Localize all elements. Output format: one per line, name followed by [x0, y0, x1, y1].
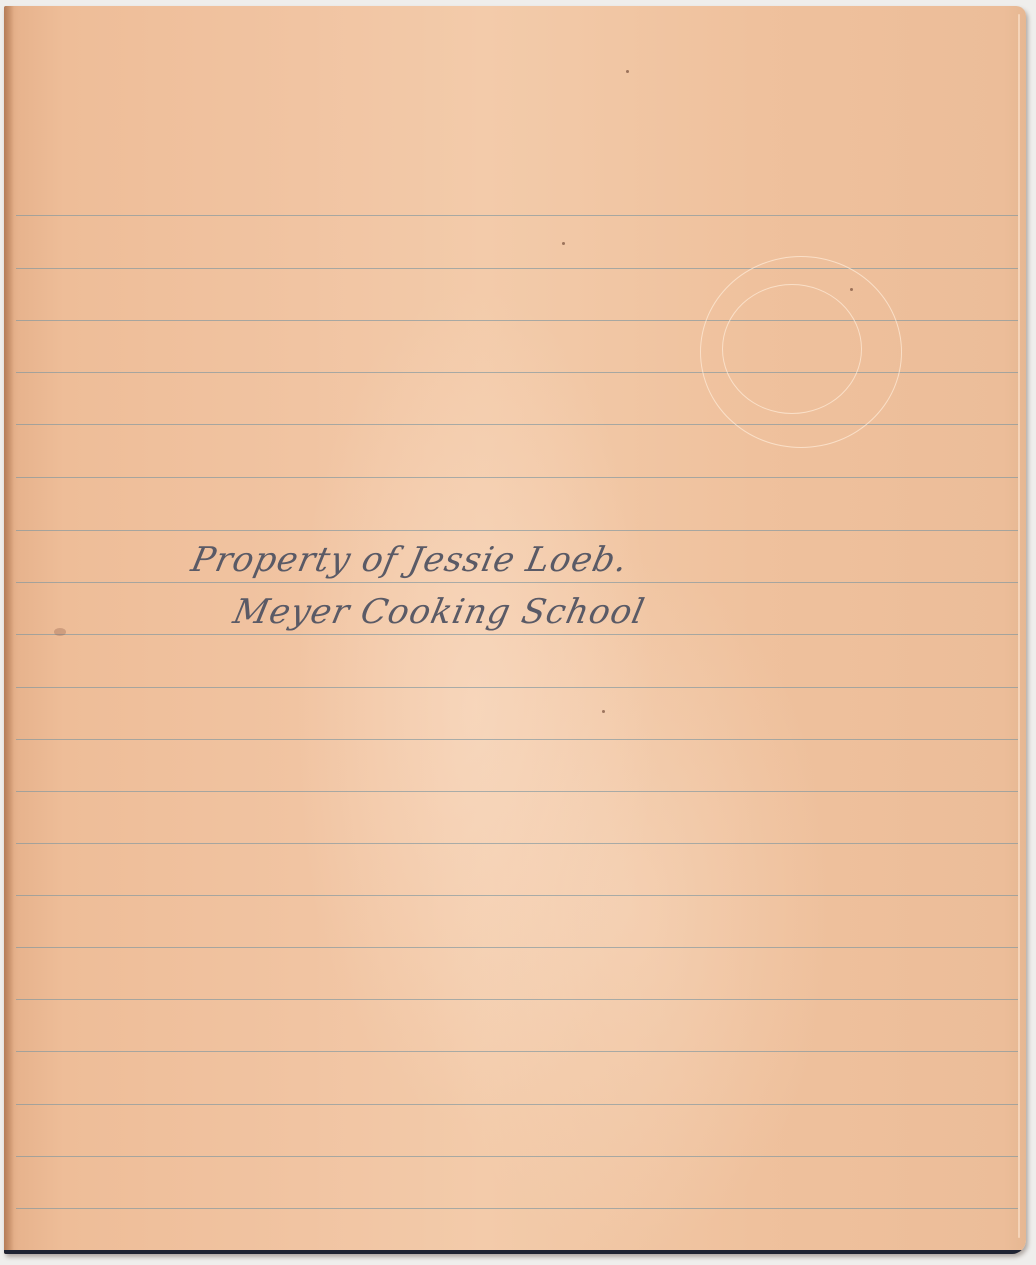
- scanned-image: Property of Jessie Loeb. Meyer Cooking S…: [0, 0, 1036, 1265]
- notebook-page: Property of Jessie Loeb. Meyer Cooking S…: [4, 6, 1026, 1254]
- embossed-seal-inner: [722, 284, 862, 414]
- ruled-line: [16, 895, 1018, 896]
- ruled-line: [16, 582, 1018, 583]
- ruled-line: [16, 477, 1018, 478]
- paper-speck: [54, 628, 66, 636]
- paper-speck: [850, 288, 853, 291]
- spine-shadow: [4, 6, 14, 1254]
- ruled-line: [16, 999, 1018, 1000]
- paper-speck: [602, 710, 605, 713]
- ruled-line: [16, 1051, 1018, 1052]
- ruled-line: [16, 215, 1018, 216]
- ruled-line: [16, 687, 1018, 688]
- page-bottom-edge: [4, 1250, 1026, 1254]
- ruled-line: [16, 634, 1018, 635]
- ruled-line: [16, 1208, 1018, 1209]
- ruled-line: [16, 739, 1018, 740]
- ruled-line: [16, 268, 1018, 269]
- ruled-line: [16, 1104, 1018, 1105]
- ruled-line: [16, 424, 1018, 425]
- ruled-line: [16, 791, 1018, 792]
- ruled-line: [16, 1156, 1018, 1157]
- paper-speck: [562, 242, 565, 245]
- ruled-line: [16, 947, 1018, 948]
- ruled-line: [16, 843, 1018, 844]
- page-right-edge: [1018, 14, 1020, 1238]
- ruled-line: [16, 530, 1018, 531]
- inscription-school: Meyer Cooking School: [230, 592, 649, 632]
- paper-speck: [626, 70, 629, 73]
- inscription-owner: Property of Jessie Loeb.: [188, 540, 632, 580]
